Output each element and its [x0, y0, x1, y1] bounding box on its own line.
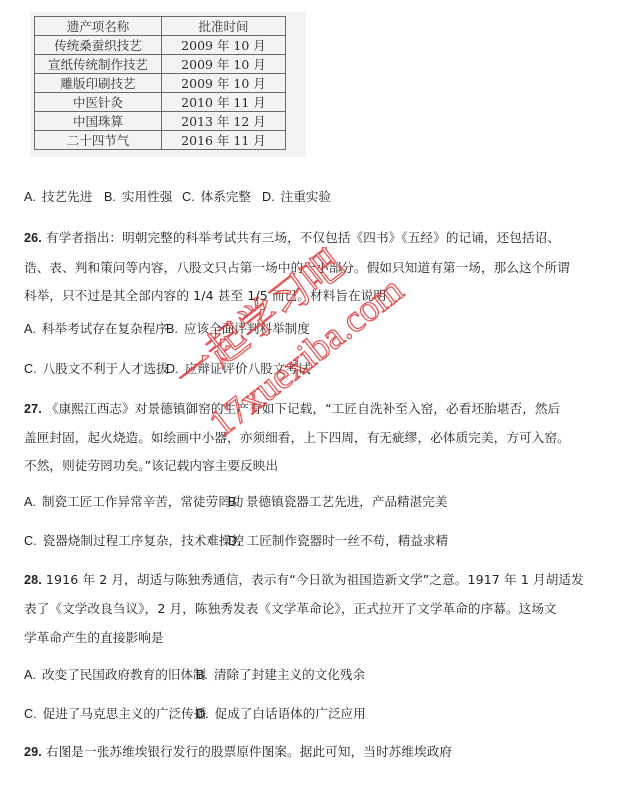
table-cell-name: 宣纸传统制作技艺: [35, 55, 162, 74]
table-header-name: 遗产项名称: [35, 17, 162, 36]
table-row: 传统桑蚕织技艺 2009 年 10 月: [35, 36, 286, 55]
q25-option-d: D.注重实验: [262, 186, 331, 205]
q27-stem-line-3: 不然，则徒劳罔功矣。”该记载内容主要反映出: [24, 455, 278, 474]
q27-option-b: B.景德镇瓷器工艺先进，产品精湛完美: [228, 491, 447, 510]
q27-option-d: D.工匠制作瓷器时一丝不苟，精益求精: [228, 530, 448, 549]
table-row: 雕版印刷技艺 2009 年 10 月: [35, 74, 286, 93]
table-header-date: 批准时间: [162, 17, 286, 36]
q27-number: 27.: [24, 402, 42, 416]
table-cell-name: 二十四节气: [35, 131, 162, 150]
q26-stem-line-2: 诰、表、判和策问等内容，八股文只占第一场中的一小部分。假如只知道有第一场，那么这…: [24, 257, 570, 276]
q25-option-b: B.实用性强: [104, 186, 172, 205]
q27-option-a: A.制瓷工匠工作异常辛苦，常徒劳罔功: [24, 491, 243, 510]
table-row: 二十四节气 2016 年 11 月: [35, 131, 286, 150]
table-cell-date: 2009 年 10 月: [162, 55, 286, 74]
q29-number: 29.: [24, 745, 42, 759]
q26-stem-line-3: 科举，只不过是其全部内容的 1/4 甚至 1/5 而已。材料旨在说明: [24, 285, 386, 304]
q25-option-a: A.技艺先进: [24, 186, 92, 205]
q28-stem-line-1: 28. 1916 年 2 月，胡适与陈独秀通信，表示有“今日欲为祖国造新文学”之…: [24, 569, 584, 588]
q28-stem-line-2: 表了《文学改良刍议》，2 月，陈独秀发表《文学革命论》，正式拉开了文学革命的序幕…: [24, 598, 557, 617]
q28-option-c: C.促进了马克思主义的广泛传播: [24, 703, 206, 722]
table-row: 中国珠算 2013 年 12 月: [35, 112, 286, 131]
table-cell-date: 2010 年 11 月: [162, 93, 286, 112]
table-cell-name: 中国珠算: [35, 112, 162, 131]
q28-option-d: D.促成了白话语体的广泛应用: [196, 703, 366, 722]
table-cell-name: 传统桑蚕织技艺: [35, 36, 162, 55]
q28-stem-line-3: 学革命产生的直接影响是: [24, 627, 164, 646]
q28-option-b: B.清除了封建主义的文化残余: [196, 664, 365, 683]
q27-stem-line-2: 盖匣封固，起火烧造。如绘画中小器，亦须细看，上下四周，有无疵缪，必体质完美，方可…: [24, 427, 570, 446]
table-cell-name: 雕版印刷技艺: [35, 74, 162, 93]
table-row: 宣纸传统制作技艺 2009 年 10 月: [35, 55, 286, 74]
q26-option-a: A.科举考试存在复杂程序: [24, 318, 168, 337]
table-cell-date: 2009 年 10 月: [162, 74, 286, 93]
table-cell-name: 中医针灸: [35, 93, 162, 112]
q27-stem-line-1: 27. 《康熙江西志》对景德镇御窑的生产有如下记载，“工匠自洗补至入窑，必看坯胎…: [24, 398, 560, 417]
q26-option-d: D.应辩证评价八股文考试: [166, 358, 311, 377]
heritage-table: 遗产项名称 批准时间 传统桑蚕织技艺 2009 年 10 月 宣纸传统制作技艺 …: [34, 16, 286, 150]
q27-option-c: C.瓷器烧制过程工序复杂，技术难操控: [24, 530, 244, 549]
q29-stem-line-1: 29. 右图是一张苏维埃银行发行的股票原件图案。据此可知，当时苏维埃政府: [24, 741, 452, 760]
q26-option-b: B.应该全面评判科举制度: [166, 318, 310, 337]
table-cell-date: 2013 年 12 月: [162, 112, 286, 131]
q28-number: 28.: [24, 573, 42, 587]
q26-number: 26.: [24, 231, 42, 245]
table-cell-date: 2009 年 10 月: [162, 36, 286, 55]
table-cell-date: 2016 年 11 月: [162, 131, 286, 150]
table-row: 中医针灸 2010 年 11 月: [35, 93, 286, 112]
q26-option-c: C.八股文不利于人才选拔: [24, 358, 169, 377]
q28-option-a: A.改变了民国政府教育的旧体制: [24, 664, 206, 683]
q25-option-c: C.体系完整: [182, 186, 251, 205]
heritage-table-image: 遗产项名称 批准时间 传统桑蚕织技艺 2009 年 10 月 宣纸传统制作技艺 …: [30, 12, 306, 157]
q26-stem-line-1: 26. 有学者指出：明朝完整的科举考试共有三场，不仅包括《四书》《五经》的记诵，…: [24, 227, 560, 246]
table-header-row: 遗产项名称 批准时间: [35, 17, 286, 36]
